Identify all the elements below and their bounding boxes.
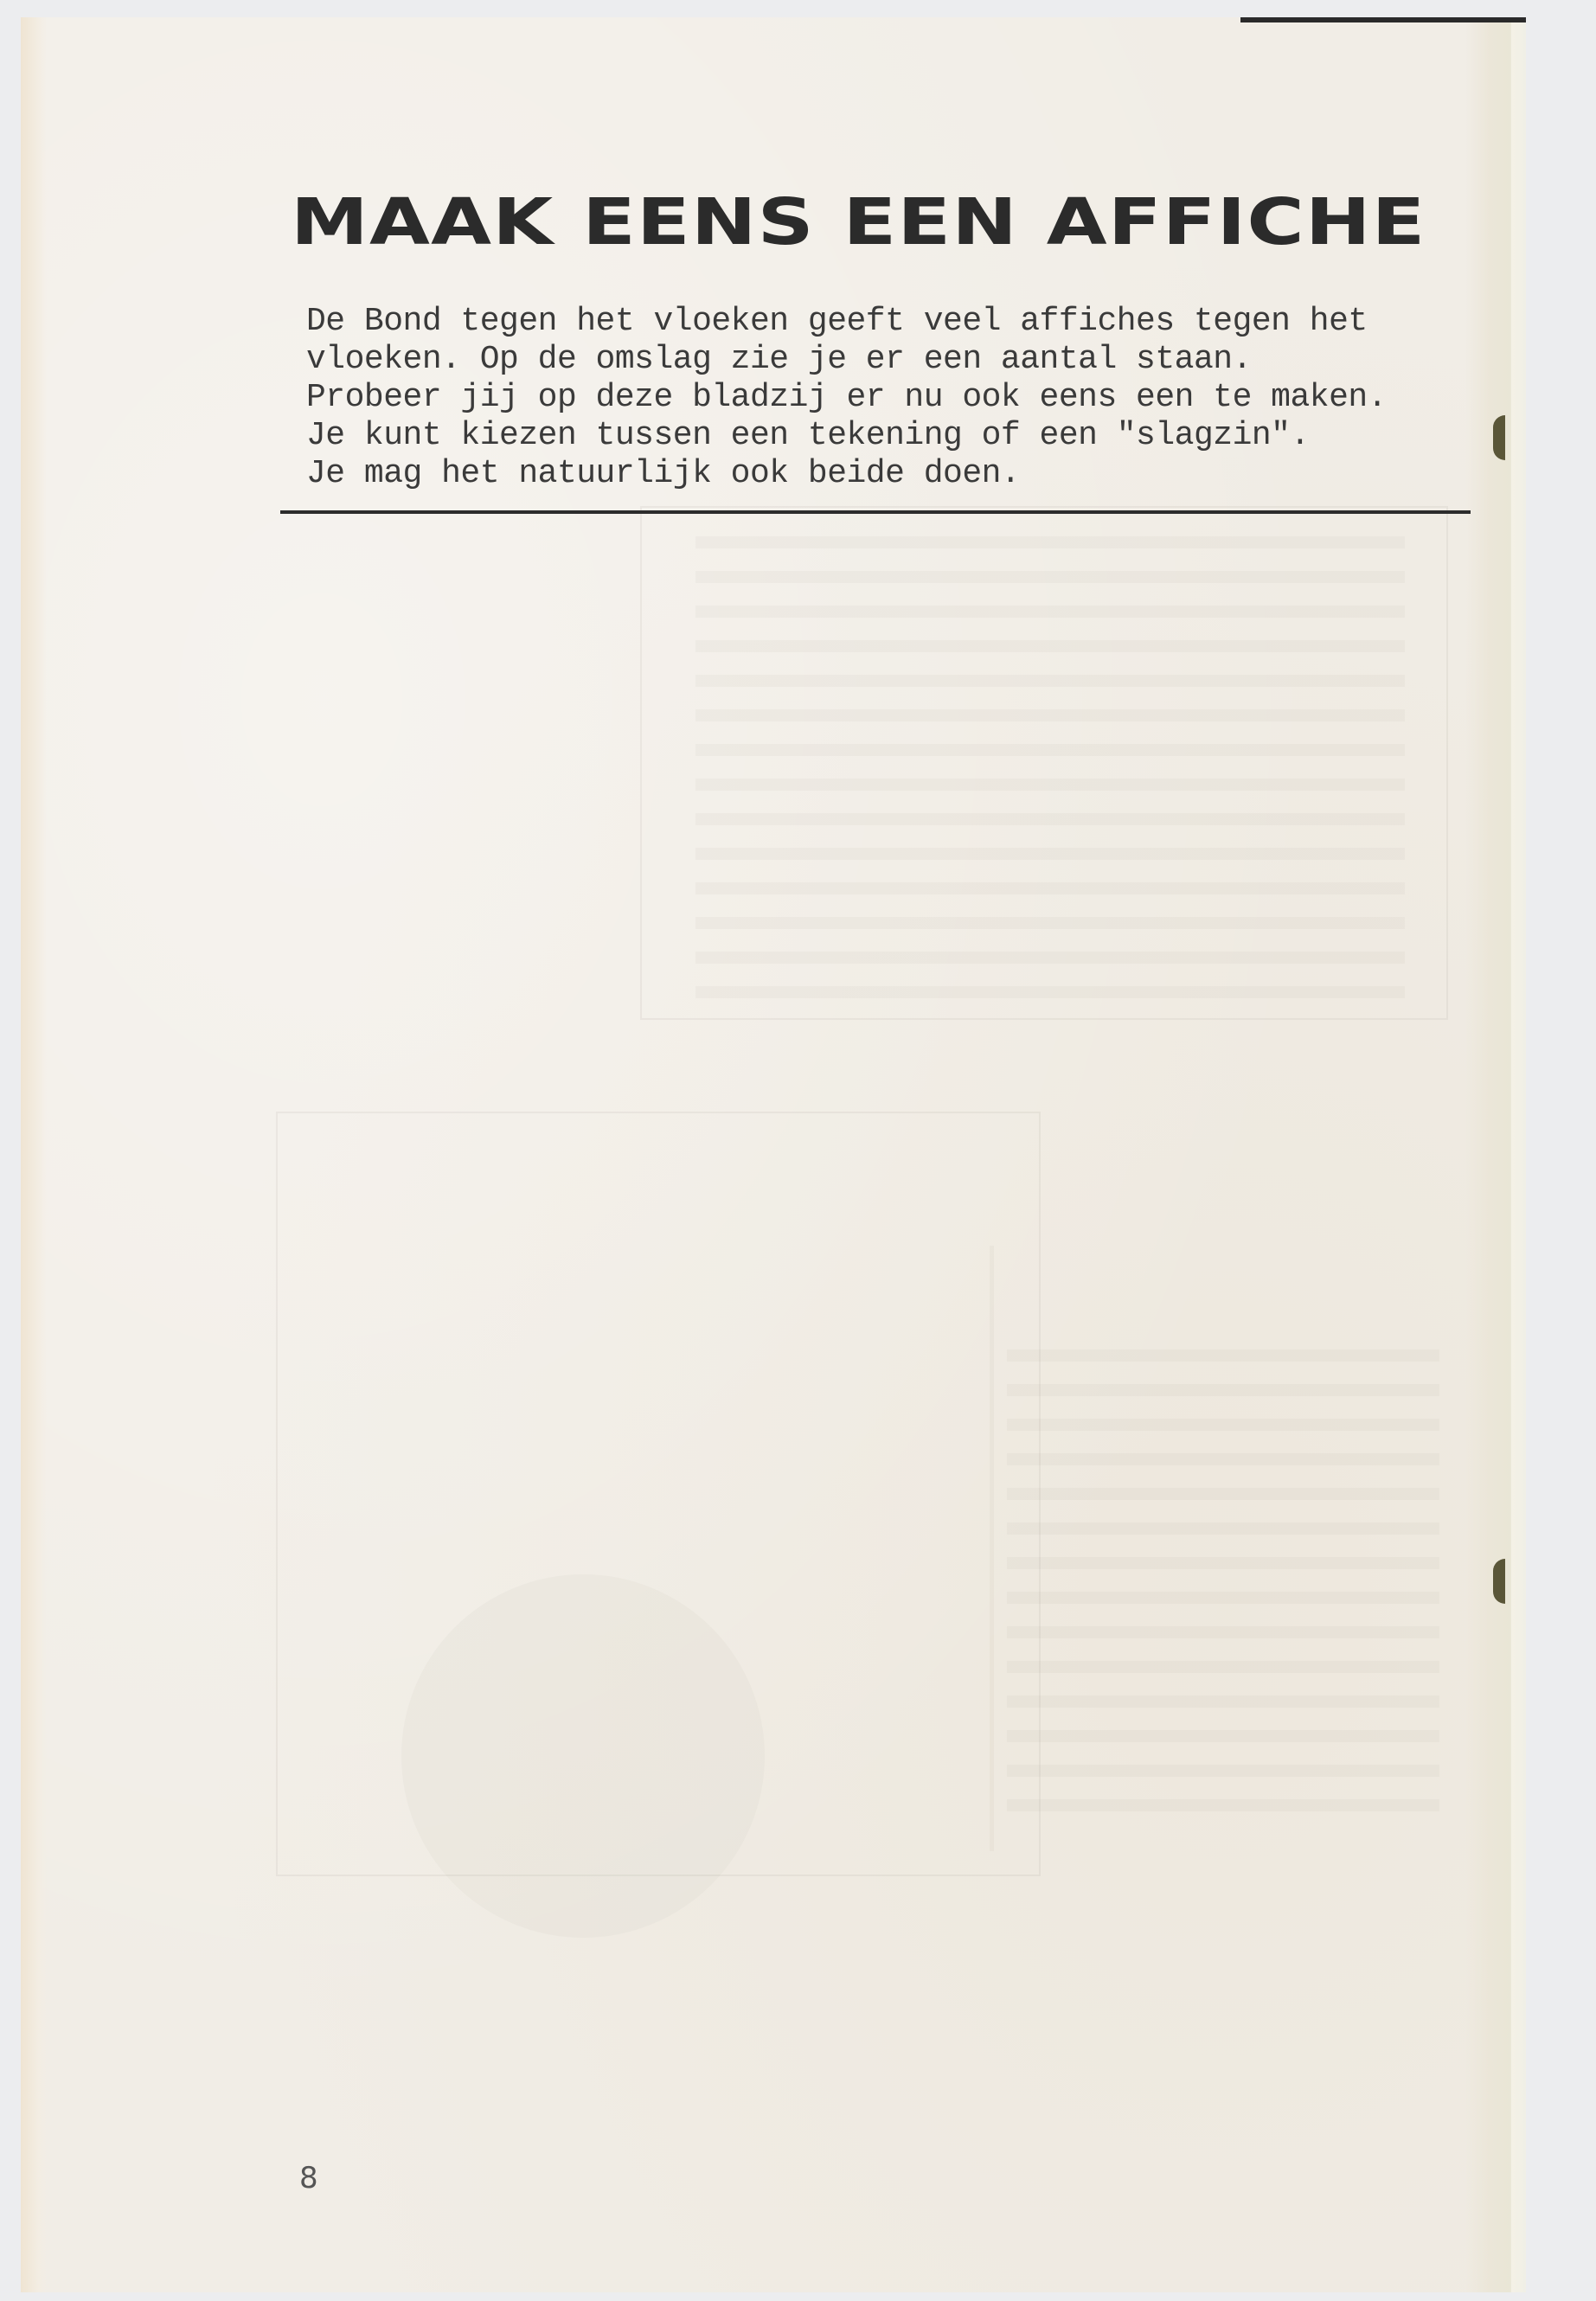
bleed-through-circle <box>401 1574 765 1938</box>
intro-line: De Bond tegen het vloeken geeft veel aff… <box>306 303 1483 341</box>
page-top-shadow <box>1240 17 1526 22</box>
intro-line: Je kunt kiezen tussen een tekening of ee… <box>306 417 1483 455</box>
intro-paragraph: De Bond tegen het vloeken geeft veel aff… <box>306 303 1483 493</box>
bleed-through-text <box>695 536 1405 1003</box>
intro-line: vloeken. Op de omslag zie je er een aant… <box>306 341 1483 379</box>
page-left-edge <box>21 17 47 2292</box>
bleed-through-text <box>1007 1349 1439 1834</box>
page-title: MAAK EENS EEN AFFICHE <box>291 190 1426 254</box>
scanned-page: MAAK EENS EEN AFFICHE De Bond tegen het … <box>21 17 1526 2292</box>
punch-hole-icon <box>1493 415 1505 460</box>
punch-hole-icon <box>1493 1559 1505 1604</box>
intro-line: Probeer jij op deze bladzij er nu ook ee… <box>306 379 1483 417</box>
horizontal-rule <box>280 510 1471 514</box>
bleed-through-divider <box>990 1246 994 1851</box>
page-number: 8 <box>299 2161 318 2195</box>
intro-line: Je mag het natuurlijk ook beide doen. <box>306 455 1483 493</box>
